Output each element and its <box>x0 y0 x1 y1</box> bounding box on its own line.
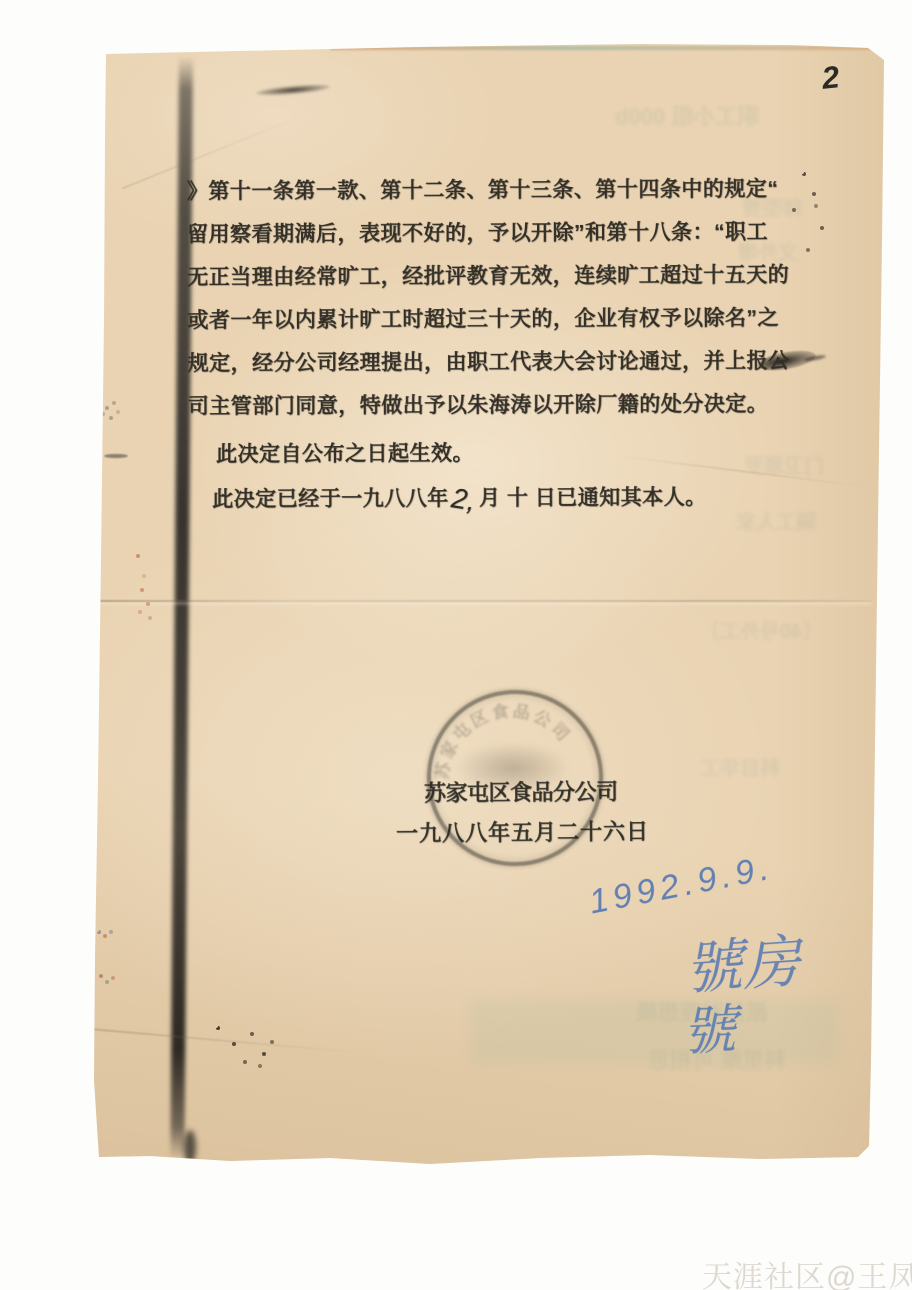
body-line: 无正当理由经常旷工，经批评教育无效，连续旷工超过十五天的 <box>187 259 789 292</box>
signature-company: 苏家屯区食品分公司 <box>424 775 618 808</box>
right-speckles <box>800 170 804 174</box>
scanner-edge-artifact <box>330 46 880 50</box>
bleedthrough-text: 职工小组 000b <box>615 100 759 131</box>
body-line: 留用察看期满后，表现不好的，予以开除”和第十八条：“职工 <box>187 216 768 249</box>
document-body: 》第十一条第一款、第十二条、第十三条、第十四条中的规定“ 留用察看期满后，表现不… <box>0 0 912 2</box>
color-speckles <box>95 928 99 932</box>
rust-speckles <box>134 550 138 554</box>
ink-dash-stain <box>256 83 330 97</box>
body-line: 》第十一条第一款、第十二条、第十三条、第十四条中的规定“ <box>187 173 779 206</box>
bottom-speckles <box>214 1024 218 1028</box>
handwritten-signature-2: 號 <box>681 987 738 1066</box>
left-edge-dash <box>104 454 128 458</box>
binding-streak-tip <box>184 1130 196 1164</box>
effect-line: 此决定自公布之日起生效。 <box>216 437 474 468</box>
bleedthrough-text: 门卫翠罗 <box>744 450 824 479</box>
lower-crease <box>92 1028 361 1054</box>
notify-line: 此决定已经于一九八八年2,月 十 日已通知其本人。 <box>212 479 707 513</box>
bleedthrough-text: 科目华工 <box>700 752 780 781</box>
body-line: 或者一年以内累计旷工时超过三十天的，企业有权予以除名”之 <box>187 302 779 335</box>
bleedthrough-text: 隔工人家 <box>736 506 816 535</box>
notify-suffix: 月 十 日已通知其本人。 <box>479 486 707 510</box>
svg-text:苏家屯区食品公司: 苏家屯区食品公司 <box>431 700 574 780</box>
gray-speckles <box>96 398 100 402</box>
page-number: 2 <box>820 59 841 97</box>
paper-sheet: 职工小组 000b 师型赞 文外增 门卫翠罗 隔工人家 〔40号外工〕 科目华工… <box>0 0 912 1290</box>
site-watermark: 天涯社区@王凤梅2017 <box>702 1252 912 1290</box>
notify-prefix: 此决定已经于一九八八年 <box>212 487 449 511</box>
handwritten-date-note: 1992.9.9. <box>586 849 777 923</box>
handwritten-month: 2, <box>449 482 478 517</box>
horizontal-fold-crease <box>96 600 872 602</box>
scanned-document: 职工小组 000b 师型赞 文外增 门卫翠罗 隔工人家 〔40号外工〕 科目华工… <box>0 0 912 1290</box>
body-line: 规定，经分公司经理提出，由职工代表大会讨论通过，并上报公 <box>188 345 790 378</box>
bleedthrough-text: 〔40号外工〕 <box>700 615 822 644</box>
bleedthrough-tint <box>470 1000 840 1064</box>
body-line: 司主管部门同意，特做出予以朱海涛以开除厂籍的处分决定。 <box>188 388 769 421</box>
signature-date: 一九八八年五月二十六日 <box>396 815 649 848</box>
